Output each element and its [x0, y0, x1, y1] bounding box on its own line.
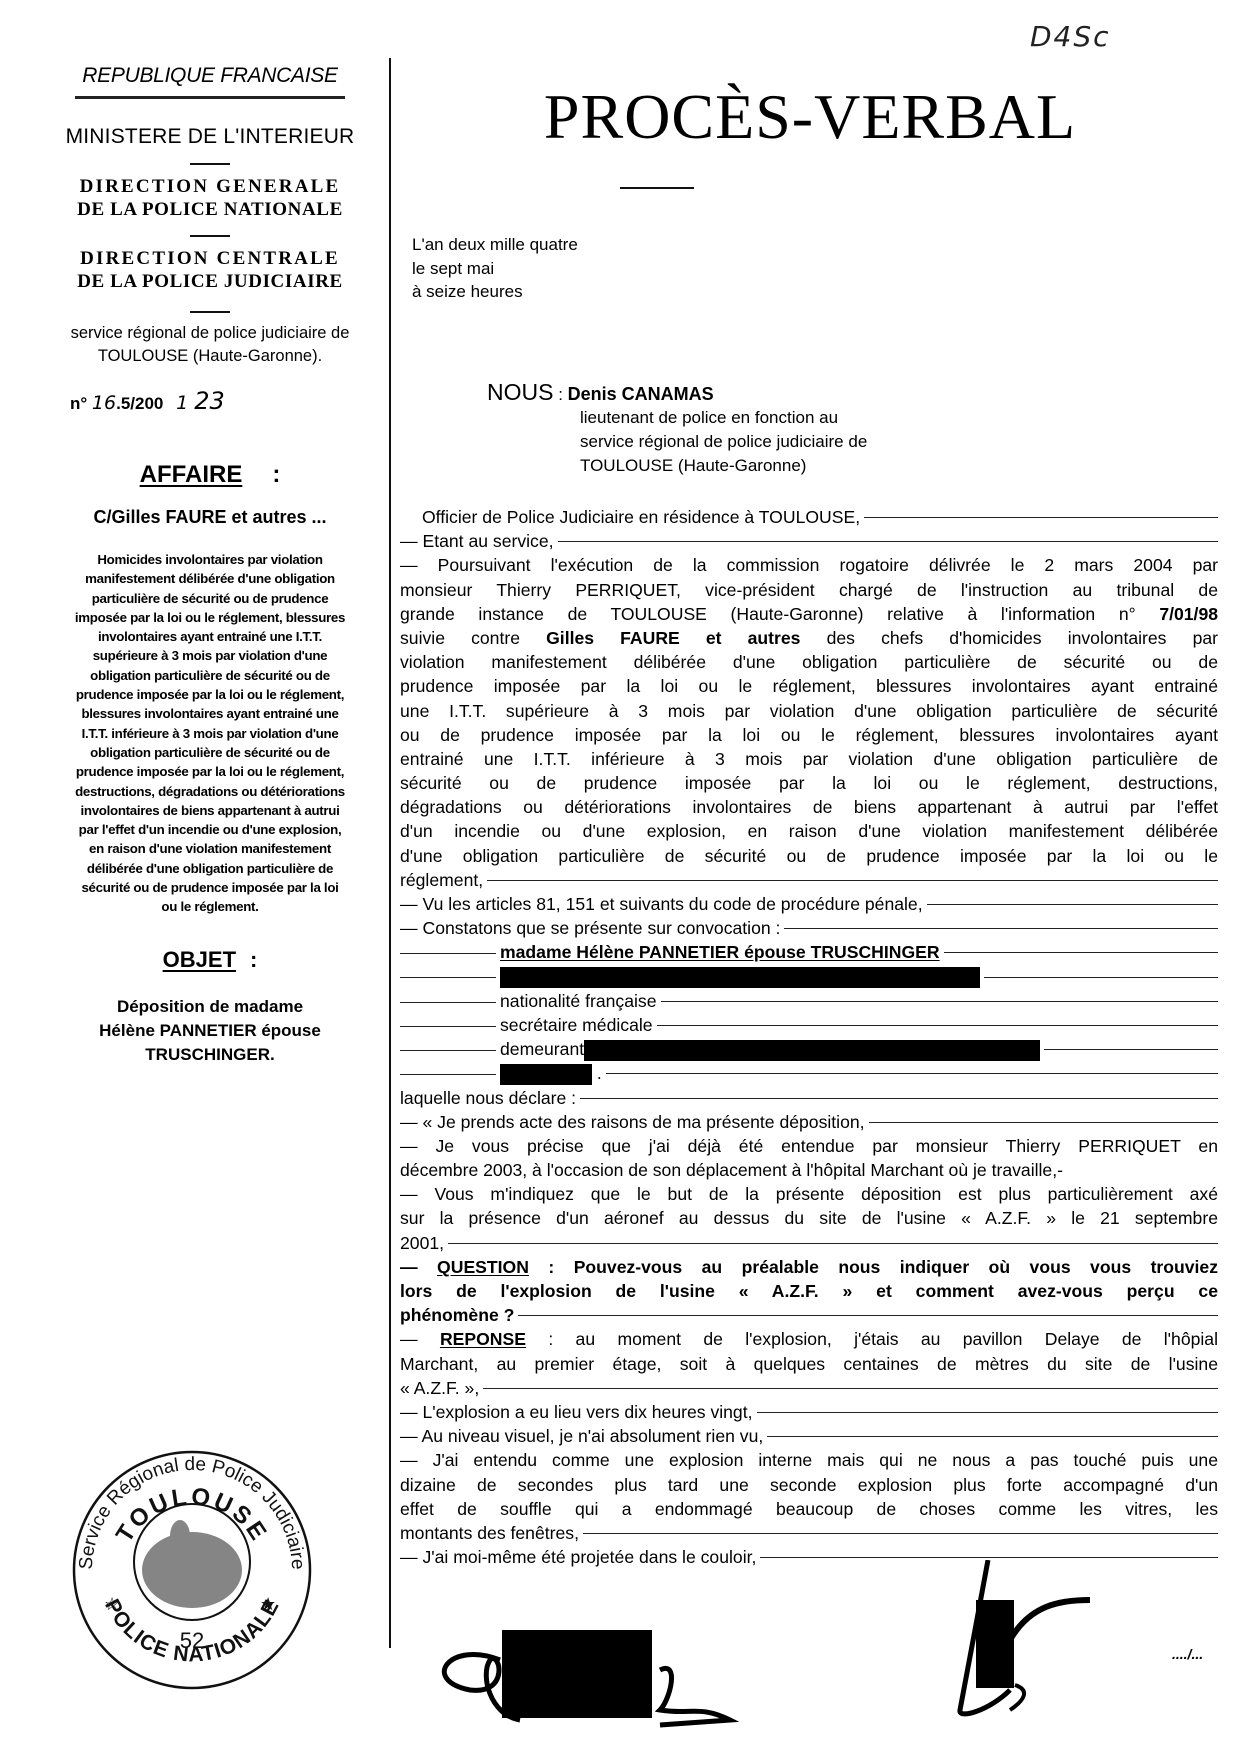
- body-line: réglement,: [400, 868, 1218, 892]
- question-label: QUESTION: [437, 1257, 529, 1277]
- description-line: ou le réglement.: [46, 897, 374, 916]
- ref-handwritten-b: 1: [176, 392, 188, 414]
- continuation-mark: ..../...: [1172, 1646, 1203, 1662]
- nationality-line: nationalité française: [400, 989, 1218, 1013]
- description-line: involontaires ayant entrainé une I.T.T.: [46, 627, 374, 646]
- direction-generale-line1: DIRECTION GENERALE: [40, 175, 380, 198]
- body-line: d'une obligation particulière de sécurit…: [400, 844, 1218, 868]
- address-line: demeurant: [400, 1037, 1218, 1061]
- answer-label: REPONSE: [440, 1329, 526, 1349]
- body-line: sécurité ou de prudence imposée par la l…: [400, 771, 1218, 795]
- deposition-body: Officier de Police Judiciaire en résiden…: [400, 505, 1218, 1569]
- affaire-label: AFFAIRE: [140, 461, 243, 488]
- witness-name: madame Hélène PANNETIER épouse TRUSCHING…: [500, 942, 940, 962]
- description-line: involontaires de biens appartenant à aut…: [46, 801, 374, 820]
- description-line: imposée par la loi ou le réglement, bles…: [46, 608, 374, 627]
- police-stamp-seal: Service Régional de Police Judiciaire TO…: [62, 1440, 322, 1700]
- description-line: particulière de sécurité ou de prudence: [46, 589, 374, 608]
- description-line: sécurité ou de prudence imposée par la l…: [46, 878, 374, 897]
- affaire-heading: AFFAIRE:: [40, 461, 380, 489]
- objet-label: OBJET: [163, 947, 236, 972]
- answer-line: — J'ai entendu comme une explosion inter…: [400, 1448, 1218, 1472]
- description-line: supérieure à 3 mois par violation d'une: [46, 646, 374, 665]
- handwritten-mark: D4Sc: [1030, 20, 1111, 53]
- description-line: I.T.T. inférieure à 3 mois par violation…: [46, 724, 374, 743]
- body-line: grande instance de TOULOUSE (Haute-Garon…: [400, 602, 1218, 626]
- ministere-heading: MINISTERE DE L'INTERIEUR: [40, 125, 380, 149]
- direction-centrale-line1: DIRECTION CENTRALE: [40, 247, 380, 270]
- ref-printed: .5/200: [116, 394, 163, 413]
- body-line: dégradations ou détériorations involonta…: [400, 795, 1218, 819]
- service-line2: TOULOUSE (Haute-Garonne).: [40, 346, 380, 367]
- witness-name-line: madame Hélène PANNETIER épouse TRUSCHING…: [400, 940, 1218, 964]
- body-line: décembre 2003, à l'occasion de son dépla…: [400, 1158, 1218, 1182]
- body-line: d'un incendie ou d'une explosion, en rai…: [400, 819, 1218, 843]
- nous-label: NOUS: [487, 379, 553, 405]
- description-line: TRUSCHINGER.: [40, 1043, 380, 1067]
- objet-heading: OBJET:: [40, 947, 380, 973]
- body-line: — Etant au service,: [400, 529, 1218, 553]
- divider: [190, 311, 230, 313]
- ref-prefix: n°: [70, 394, 87, 413]
- stamp-emblem: [142, 1520, 242, 1608]
- redacted-line: .: [400, 1061, 1218, 1085]
- republique-heading: REPUBLIQUE FRANCAISE: [40, 64, 380, 88]
- body-line: — Vous m'indiquez que le but de la prése…: [400, 1182, 1218, 1206]
- officer-name: Denis CANAMAS: [568, 384, 714, 404]
- body-line: laquelle nous déclare :: [400, 1086, 1218, 1110]
- answer-line: — REPONSE : au moment de l'explosion, j'…: [400, 1327, 1218, 1351]
- description-line: Homicides involontaires par violation: [46, 550, 374, 569]
- answer-line: Marchant, au premier étage, soit à quelq…: [400, 1352, 1218, 1376]
- body-line: — Vu les articles 81, 151 et suivants du…: [400, 892, 1218, 916]
- body-line: 2001,: [400, 1231, 1218, 1255]
- reference-number: n° 16.5/200 123: [70, 387, 380, 415]
- body-line: — Poursuivant l'exécution de la commissi…: [400, 553, 1218, 577]
- affaire-description: Homicides involontaires par violationman…: [40, 550, 380, 917]
- title-underline: [620, 187, 694, 189]
- description-line: destructions, dégradations ou détériorat…: [46, 782, 374, 801]
- description-line: par l'effet d'un incendie ou d'une explo…: [46, 820, 374, 839]
- description-line: Hélène PANNETIER épouse: [40, 1019, 380, 1043]
- description-line: obligation particulière de sécurité ou d…: [46, 666, 374, 685]
- answer-line: montants des fenêtres,: [400, 1521, 1218, 1545]
- description-line: blessures involontaires ayant entrainé u…: [46, 704, 374, 723]
- service-line1: service régional de police judiciaire de: [40, 323, 380, 344]
- svg-text:☆: ☆: [104, 1594, 120, 1614]
- officer-details: lieutenant de police en fonction au serv…: [580, 406, 867, 478]
- question-line: lors de l'explosion de l'usine « A.Z.F. …: [400, 1279, 1218, 1303]
- redacted-line: [400, 965, 1218, 989]
- body-line: — Constatons que se présente sur convoca…: [400, 916, 1218, 940]
- body-line: — Je vous précise que j'ai déjà été ente…: [400, 1134, 1218, 1158]
- body-line: sur la présence d'un aéronef au dessus d…: [400, 1206, 1218, 1230]
- answer-line: effet de souffle qui a endommagé beaucou…: [400, 1497, 1218, 1521]
- date-block: L'an deux mille quatre le sept mai à sei…: [412, 233, 578, 304]
- redaction-block: [584, 1040, 1040, 1061]
- divider: [190, 163, 230, 165]
- left-margin-column: REPUBLIQUE FRANCAISE MINISTERE DE L'INTE…: [40, 60, 380, 1067]
- body-line: — « Je prends acte des raisons de ma pré…: [400, 1110, 1218, 1134]
- question-line: — QUESTION : Pouvez-vous au préalable no…: [400, 1255, 1218, 1279]
- signature-officer-redacted: [930, 1560, 1130, 1730]
- body-line: Officier de Police Judiciaire en résiden…: [400, 505, 1218, 529]
- affaire-name: C/Gilles FAURE et autres ...: [40, 507, 380, 528]
- svg-text:52: 52: [180, 1628, 204, 1653]
- question-line: phénomène ?: [400, 1303, 1218, 1327]
- ref-handwritten-c: 23: [194, 387, 225, 415]
- body-line: prudence imposée par la loi ou le réglem…: [400, 674, 1218, 698]
- description-line: prudence imposée par la loi ou le réglem…: [46, 762, 374, 781]
- body-line: ou de prudence imposée par la loi ou le …: [400, 723, 1218, 747]
- divider: [75, 96, 345, 99]
- svg-text:★: ★: [260, 1594, 276, 1614]
- answer-line: — Au niveau visuel, je n'ai absolument r…: [400, 1424, 1218, 1448]
- description-line: délibérée d'une obligation particulière …: [46, 859, 374, 878]
- profession-line: secrétaire médicale: [400, 1013, 1218, 1037]
- description-line: Déposition de madame: [40, 995, 380, 1019]
- answer-line: — L'explosion a eu lieu vers dix heures …: [400, 1400, 1218, 1424]
- column-divider: [389, 58, 391, 1648]
- objet-description: Déposition de madameHélène PANNETIER épo…: [40, 995, 380, 1067]
- description-line: obligation particulière de sécurité ou d…: [46, 743, 374, 762]
- direction-centrale-line2: DE LA POLICE JUDICIAIRE: [40, 270, 380, 293]
- body-line: une I.T.T. supérieure à 3 mois par viola…: [400, 699, 1218, 723]
- body-line: suivie contre Gilles FAURE et autres des…: [400, 626, 1218, 650]
- description-line: en raison d'une violation manifestement: [46, 839, 374, 858]
- body-line: entrainé une I.T.T. inférieure à 3 mois …: [400, 747, 1218, 771]
- description-line: prudence imposée par la loi ou le réglem…: [46, 685, 374, 704]
- ref-handwritten-a: 16: [92, 392, 116, 414]
- description-line: manifestement délibérée d'une obligation: [46, 569, 374, 588]
- divider: [190, 235, 230, 237]
- redaction-block: [500, 967, 980, 988]
- direction-generale-line2: DE LA POLICE NATIONALE: [40, 198, 380, 221]
- answer-line: dizaine de secondes plus tard une second…: [400, 1473, 1218, 1497]
- answer-line: « A.Z.F. »,: [400, 1376, 1218, 1400]
- redaction-block: [500, 1064, 592, 1085]
- body-line: monsieur Thierry PERRIQUET, vice-préside…: [400, 578, 1218, 602]
- document-title: PROCÈS-VERBAL: [400, 80, 1220, 154]
- body-line: violation manifestement délibérée d'une …: [400, 650, 1218, 674]
- signature-witness-redacted: [430, 1620, 780, 1730]
- nous-heading: NOUS : Denis CANAMAS: [487, 379, 714, 406]
